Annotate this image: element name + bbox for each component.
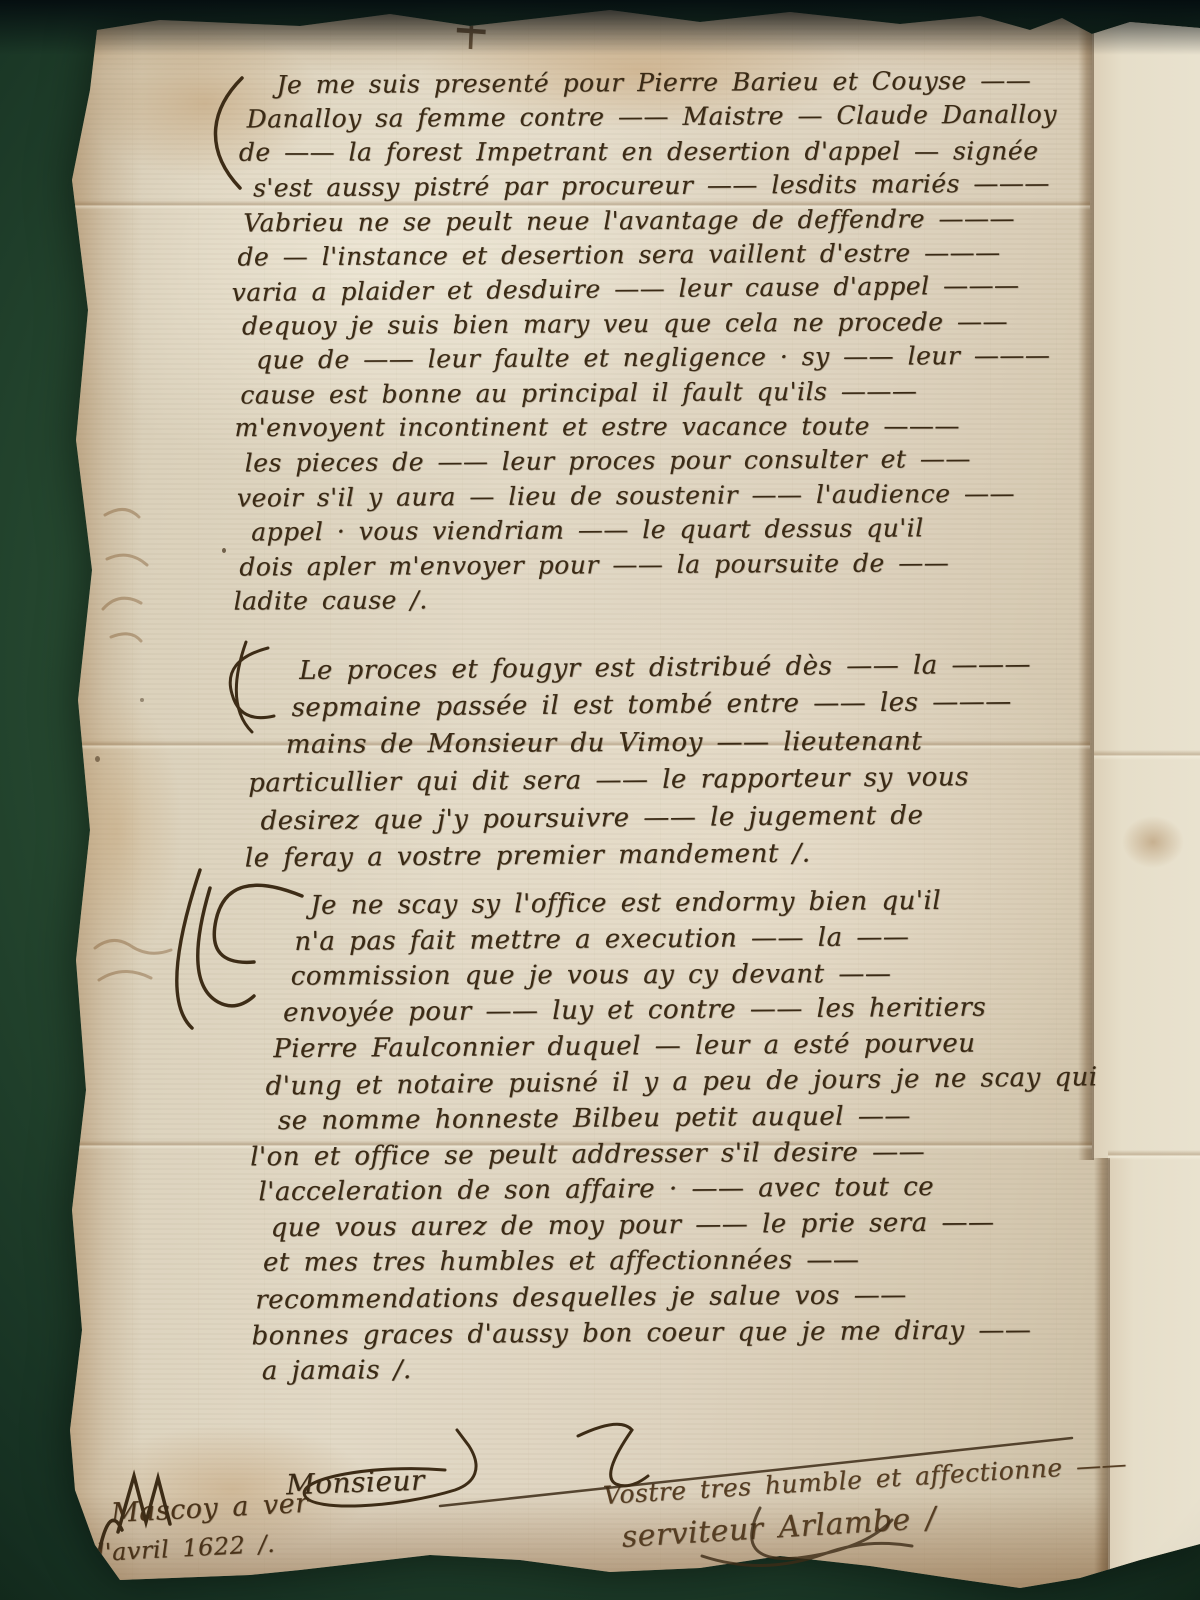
horizontal-fold-crease: [1108, 1150, 1200, 1160]
text-line: sepmaine passée il est tombé entre —— le…: [291, 684, 1031, 728]
text-line: cause est bonne au principal il fault qu…: [240, 373, 1059, 412]
ink-speck: [222, 548, 226, 553]
paragraph-2: Le proces et fougyr est distribué dès ——…: [261, 647, 1033, 878]
photo-of-manuscript: + Je me suis presenté pour Pierre Barieu…: [0, 0, 1200, 1600]
paragraph-1: Je me suis presenté pour Pierre Barieu e…: [246, 64, 1060, 619]
text-line: que vous aurez de moy pour —— le prie se…: [271, 1205, 1099, 1247]
cross-mark: +: [451, 0, 493, 64]
edge-toning-left: [58, 0, 142, 1600]
text-line: Vabrieu ne se peult neue l'avantage de d…: [243, 201, 1058, 240]
text-line: les pieces de —— leur proces pour consul…: [245, 442, 1060, 481]
text-line: ladite cause /.: [233, 580, 1060, 619]
ink-speck: [95, 756, 100, 762]
text-line: mains de Monsieur du Vimoy —— lieutenant: [286, 723, 1032, 764]
ink-speck: [140, 698, 144, 702]
text-line: Danalloy sa femme contre —— Maistre — Cl…: [247, 98, 1058, 137]
text-line: desirez que j'y poursuivre —— le jugemen…: [260, 796, 1032, 840]
horizontal-fold-crease: [1094, 750, 1200, 760]
text-line: n'a pas fait mettre a execution —— la ——: [294, 918, 1096, 960]
text-line: le feray a vostre premier mandement /.: [245, 834, 1033, 878]
manuscript-paper: + Je me suis presenté pour Pierre Barieu…: [0, 0, 1200, 1600]
folded-leaf-lower: [1108, 1158, 1200, 1600]
text-line: m'envoyent incontinent et estre vacance …: [234, 409, 1058, 446]
text-line: et mes tres humbles et affectionnées ——: [263, 1242, 1099, 1281]
text-line: a jamais /.: [262, 1348, 1100, 1390]
text-line: s'est aussy pistré par procureur —— lesd…: [253, 167, 1058, 206]
text-line: appel · vous viendriam —— le quart dessu…: [251, 511, 1060, 550]
stain: [52, 690, 182, 970]
place-and-date-block: Mascoy a ver d'avril 1622 /.: [110, 1485, 311, 1571]
text-line: que de —— leur faulte et negligence · sy…: [256, 339, 1059, 378]
text-line: Je ne scay sy l'office est endormy bien …: [310, 883, 1096, 925]
valediction-block: Vostre tres humble et affectionne —— ser…: [602, 1442, 1131, 1560]
text-line: Le proces et fougyr est distribué dès ——…: [299, 647, 1031, 691]
text-line: Je me suis presenté pour Pierre Barieu e…: [276, 64, 1057, 103]
stain: [1122, 816, 1184, 868]
text-line: dois apler m'envoyer pour —— la poursuit…: [239, 545, 1060, 584]
text-line: particullier qui dit sera —— le rapporte…: [248, 759, 1032, 803]
paper-shadow-wrap: + Je me suis presenté pour Pierre Barieu…: [0, 0, 1200, 1600]
text-line: bonnes graces d'aussy bon coeur que je m…: [251, 1312, 1099, 1354]
folded-leaf-upper: [1092, 0, 1200, 1158]
text-line: dequoy je suis bien mary veu que cela ne…: [242, 304, 1059, 343]
paragraph-3: Je ne scay sy l'office est endormy bien …: [254, 883, 1100, 1391]
text-line: commission que je vous ay cy devant ——: [291, 956, 1097, 995]
text-line: de —— la forest Impetrant en desertion d…: [239, 134, 1057, 170]
text-line: veoir s'il y aura — lieu de soustenir ——…: [237, 476, 1060, 515]
